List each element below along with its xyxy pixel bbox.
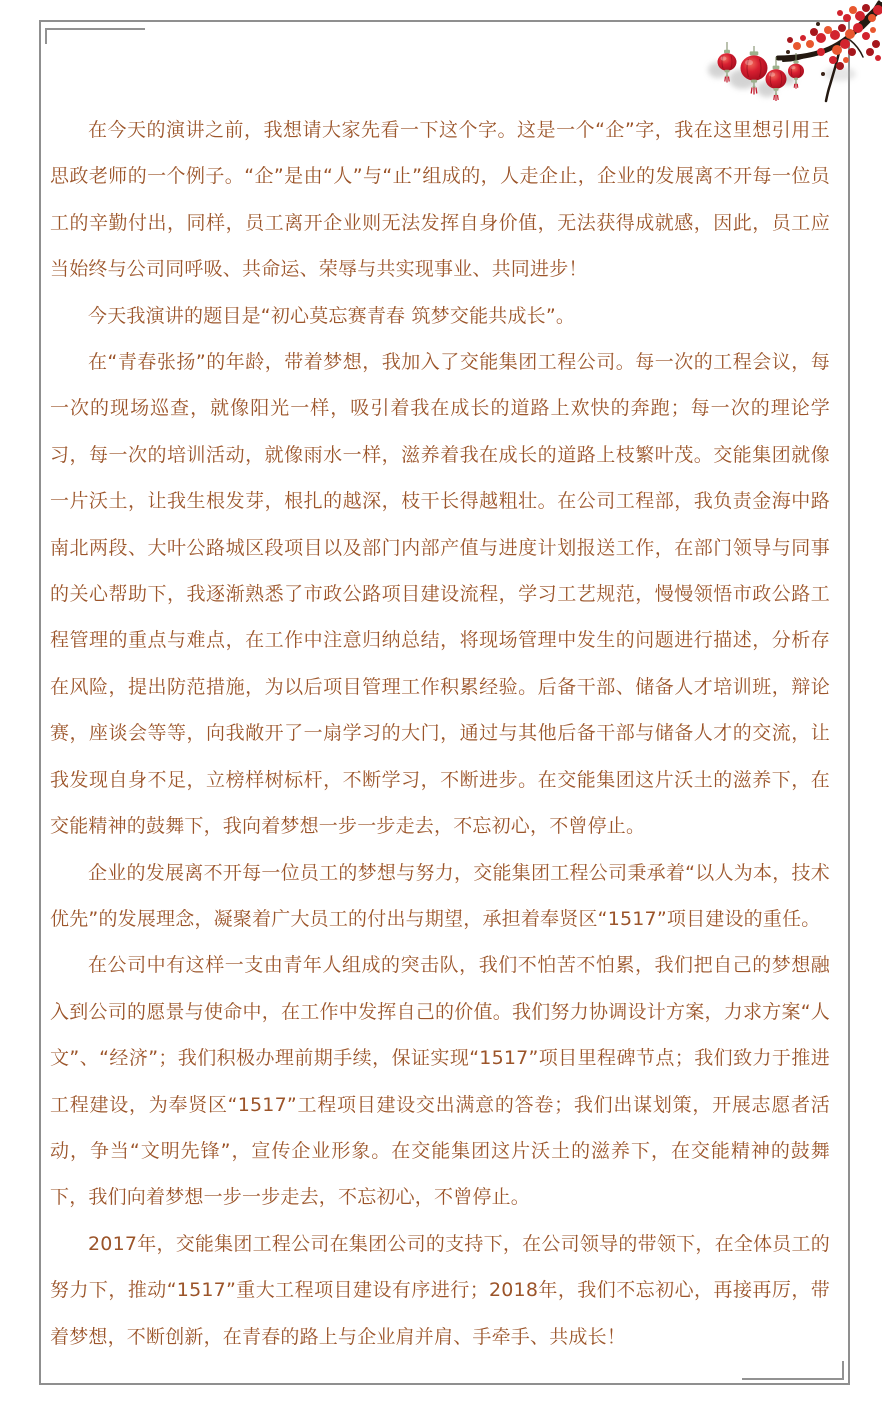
paragraph: 在公司中有这样一支由青年人组成的突击队，我们不怕苦不怕累，我们把自己的梦想融入到… — [50, 942, 830, 1220]
corner-mark-top-left — [45, 28, 145, 44]
paragraph: 今天我演讲的题目是“初心莫忘赛青春 筑梦交能共成长”。 — [50, 293, 830, 339]
paragraph: 企业的发展离不开每一位员工的梦想与努力，交能集团工程公司秉承着“以人为本，技术优… — [50, 850, 830, 943]
corner-mark-bottom-right — [742, 1361, 844, 1380]
paragraph: 在今天的演讲之前，我想请大家先看一下这个字。这是一个“企”字，我在这里想引用王思… — [50, 107, 830, 293]
speech-body: 在今天的演讲之前，我想请大家先看一下这个字。这是一个“企”字，我在这里想引用王思… — [50, 107, 830, 1360]
paragraph: 在“青春张扬”的年龄，带着梦想，我加入了交能集团工程公司。每一次的工程会议，每一… — [50, 339, 830, 849]
plum-blossom-lanterns-icon — [690, 0, 882, 120]
branch-icon — [778, 2, 881, 101]
paragraph: 2017年，交能集团工程公司在集团公司的支持下，在公司领导的带领下，在全体员工的… — [50, 1221, 830, 1360]
